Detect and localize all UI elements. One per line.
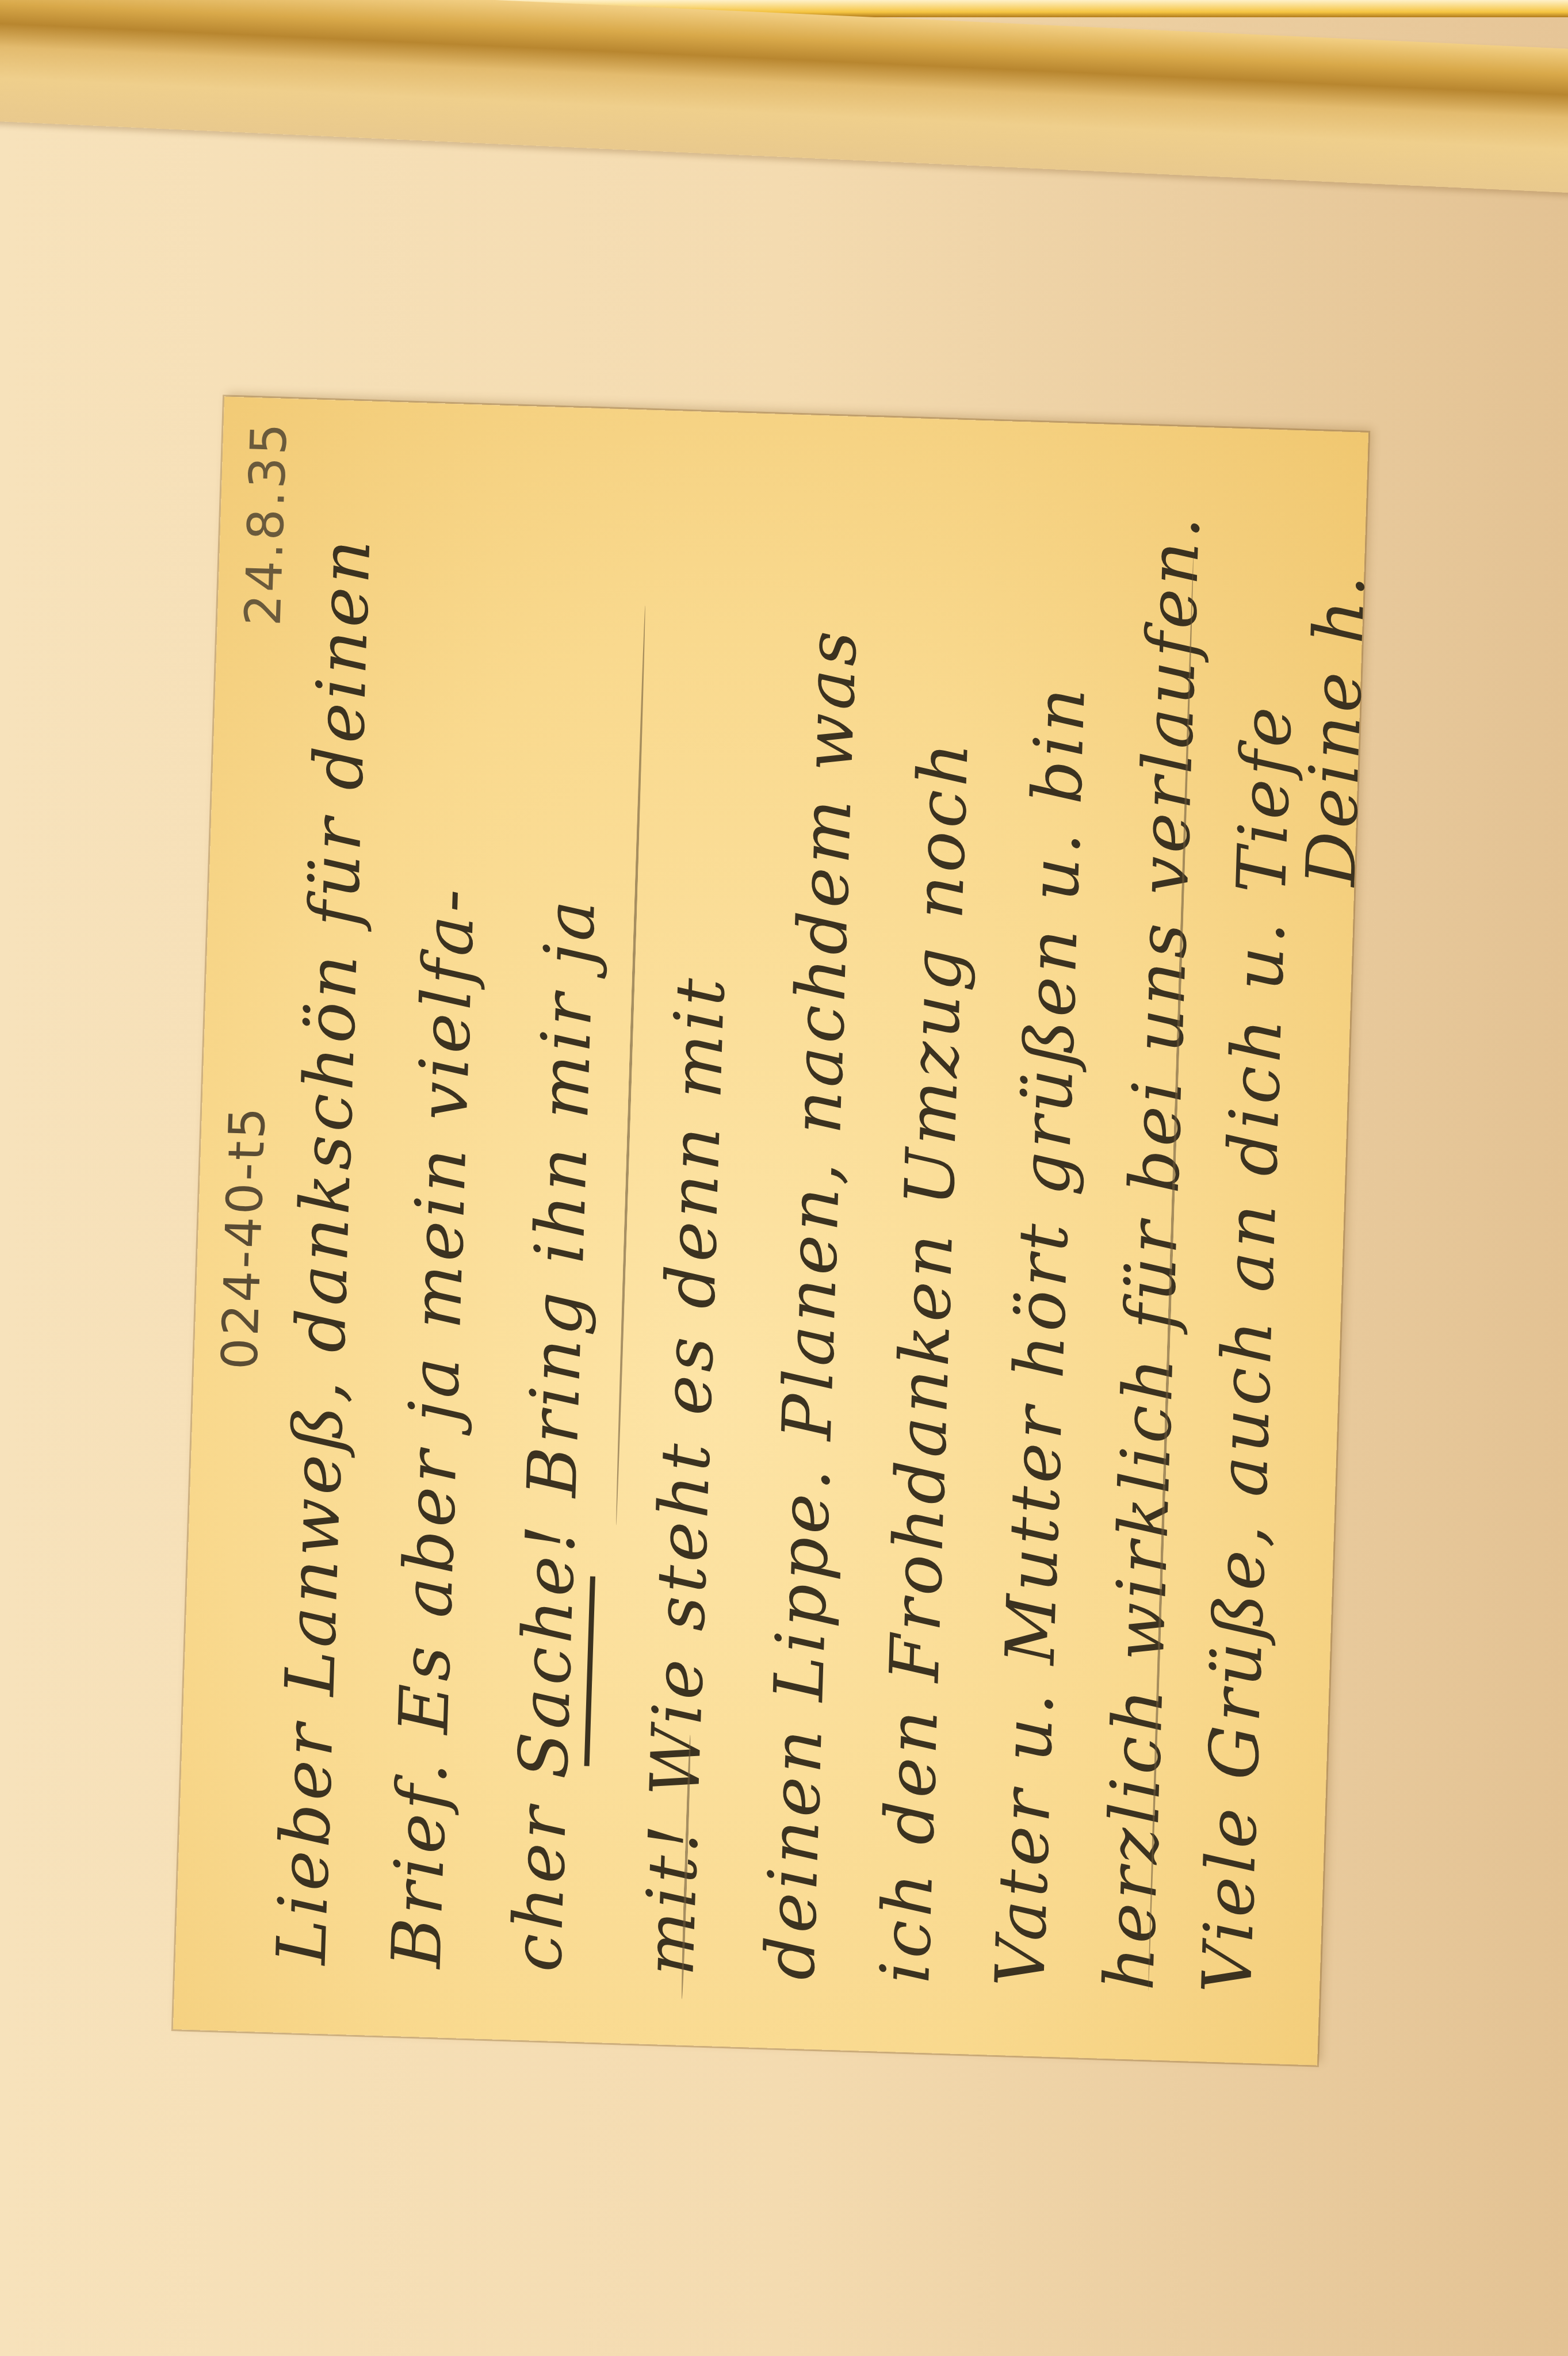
signature: Deine h. [1291, 570, 1380, 887]
text-line-5: deinen Lippe. Planen, nachdem was [750, 626, 872, 1981]
text-line-4: mit! Wie steht es denn mit [629, 974, 740, 1977]
text-line-3: cher Sache! Bring ihn mir ja [497, 896, 610, 1973]
divider-line-1 [615, 606, 647, 1525]
text-line-6: ich den Frohdanken Umzug noch [865, 738, 984, 1984]
archive-number: 024-40-t5 [211, 1104, 277, 1371]
text-line-1: Lieber Lanweß, dankschön für deinen [262, 535, 386, 1965]
date-stamp: 24.8.35 [235, 420, 299, 626]
text-line-9: Viele Grüße, auch an dich u. Tiefe [1187, 702, 1307, 1995]
text-line-7: Vater u. Mutter hört grüßen u. bin [980, 683, 1100, 1988]
postcard-writing-area: 024-40-t5 24.8.35 Lieber Lanweß, danksch… [173, 396, 1368, 2065]
text-line-2: Brief. Es aber ja mein vielfa- [376, 885, 489, 1969]
postcard: 024-40-t5 24.8.35 Lieber Lanweß, danksch… [173, 396, 1368, 2065]
